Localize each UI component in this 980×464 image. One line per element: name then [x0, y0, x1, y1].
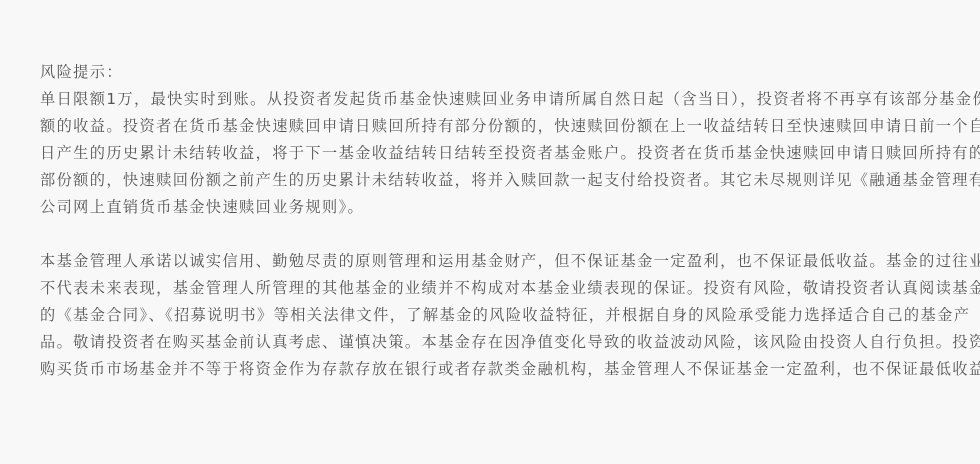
quick-redemption-rules-paragraph: 单日限额1万，最快实时到账。从投资者发起货币基金快速赎回业务申请所属自然日起（含… — [40, 86, 980, 221]
paragraph-line: 部份额的，快速赎回份额之前产生的历史累计未结转收益，将并入赎回款一起支付给投资者… — [40, 167, 980, 194]
paragraph-line: 购买货币市场基金并不等于将资金作为存款存放在银行或者存款类金融机构，基金管理人不… — [40, 356, 980, 383]
paragraph-line: 品。敬请投资者在购买基金前认真考虑、谨慎决策。本基金存在因净值变化导致的收益波动… — [40, 329, 980, 356]
paragraph-line: 单日限额1万，最快实时到账。从投资者发起货币基金快速赎回业务申请所属自然日起（含… — [40, 86, 980, 113]
paragraph-line: 日产生的历史累计未结转收益，将于下一基金收益结转日结转至投资者基金账户。投资者在… — [40, 140, 980, 167]
risk-notice: 风险提示： 单日限额1万，最快实时到账。从投资者发起货币基金快速赎回业务申请所属… — [40, 59, 980, 383]
paragraph-line: 不代表未来表现，基金管理人所管理的其他基金的业绩并不构成对本基金业绩表现的保证。… — [40, 275, 980, 302]
paragraph-line: 的《基金合同》、《招募说明书》等相关法律文件，了解基金的风险收益特征，并根据自身… — [40, 302, 980, 329]
paragraph-line: 额的收益。投资者在货币基金快速赎回申请日赎回所持有部分份额的，快速赎回份额在上一… — [40, 113, 980, 140]
paragraph-line: 本基金管理人承诺以诚实信用、勤勉尽责的原则管理和运用基金财产，但不保证基金一定盈… — [40, 248, 980, 275]
paragraph-line: 公司网上直销货币基金快速赎回业务规则》。 — [40, 194, 980, 221]
fund-manager-disclaimer-paragraph: 本基金管理人承诺以诚实信用、勤勉尽责的原则管理和运用基金财产，但不保证基金一定盈… — [40, 248, 980, 383]
risk-notice-title: 风险提示： — [40, 59, 980, 86]
paragraph-spacer — [40, 221, 980, 248]
